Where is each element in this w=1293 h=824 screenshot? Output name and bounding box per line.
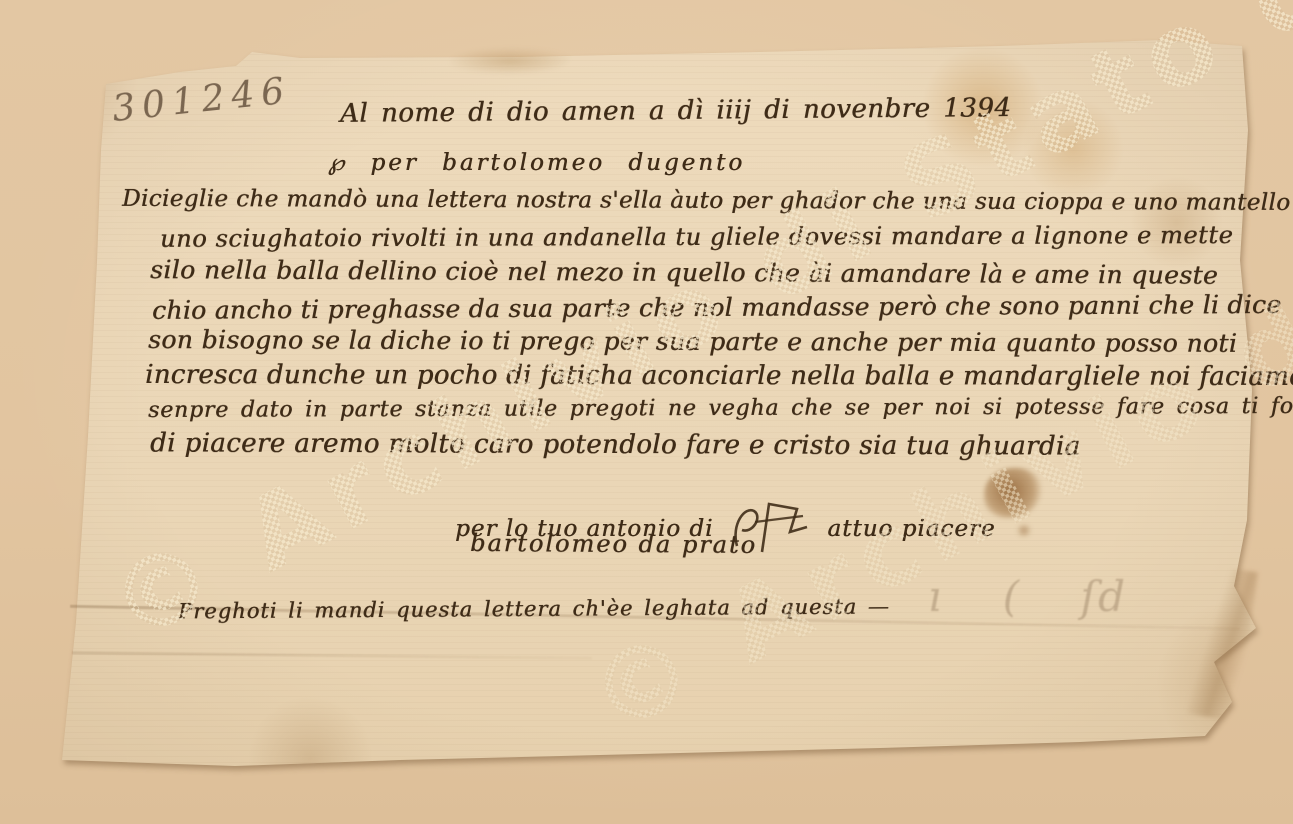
letter-heading: Al nome di dio amen a dì iiij di novenbr… — [340, 93, 1012, 129]
letter-body-line: Dicieglie che mandò una lettera nostra s… — [122, 186, 1293, 216]
manuscript-scan: ı ( ſd 301246 Al nome di dio amen a dì i… — [0, 0, 1293, 824]
signature-line-2: bartolomeo da prato — [470, 529, 757, 559]
salutation-text: per bartolomeo dugento — [370, 150, 745, 176]
salutation-paraph-mark: ℘ — [328, 150, 347, 176]
letter-salutation: ℘ per bartolomeo dugento — [328, 150, 745, 176]
